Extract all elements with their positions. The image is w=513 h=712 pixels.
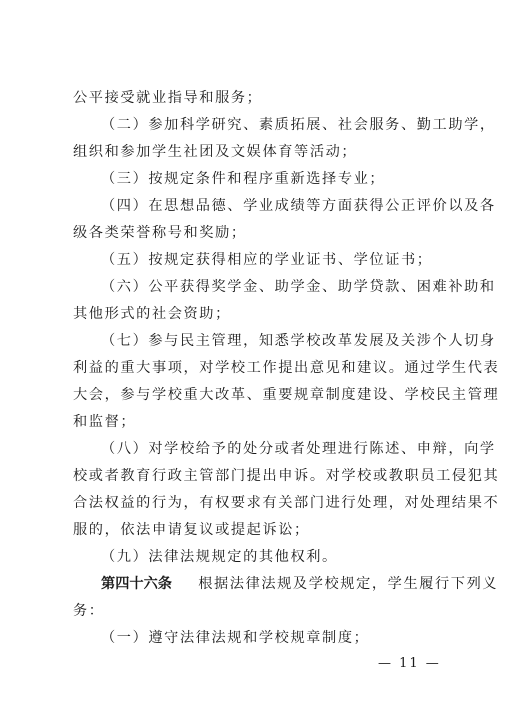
text-line: （一）遵守法律法规和学校规章制度；: [101, 629, 441, 647]
text-line: （七）参与民主管理，知悉学校改革发展及关涉个人切身: [101, 332, 441, 350]
article-heading: 第四十六条: [101, 576, 172, 592]
text-line: 公平接受就业指导和服务；: [73, 89, 441, 107]
text-line: 务：: [73, 602, 441, 620]
text-line: （二）参加科学研究、素质拓展、社会服务、勤工助学，: [101, 116, 441, 134]
text-line: 利益的重大事项，对学校工作提出意见和建议。通过学生代表: [73, 359, 441, 377]
text-line: （五）按规定获得相应的学业证书、学位证书；: [101, 251, 441, 269]
text-line: （九）法律法规规定的其他权利。: [101, 548, 441, 566]
text-line: 组织和参加学生社团及文娱体育等活动；: [73, 143, 441, 161]
text-line: （四）在思想品德、学业成绩等方面获得公正评价以及各: [101, 197, 441, 215]
text-line: （八）对学校给予的处分或者处理进行陈述、申辩，向学: [101, 440, 441, 458]
text-line: 级各类荣誉称号和奖励；: [73, 224, 441, 242]
article-text: 根据法律法规及学校规定，学生履行下列义: [198, 576, 498, 592]
text-line: 其他形式的社会资助；: [73, 305, 441, 323]
text-line: （六）公平获得奖学金、助学金、助学贷款、困难补助和: [101, 278, 441, 296]
text-line: 和监督；: [73, 413, 441, 431]
text-line: 合法权益的行为，有权要求有关部门进行处理，对处理结果不: [73, 494, 441, 512]
text-line: 服的，依法申请复议或提起诉讼；: [73, 521, 441, 539]
text-line: 校或者教育行政主管部门提出申诉。对学校或教职员工侵犯其: [73, 467, 441, 485]
page-number: — 11 —: [378, 656, 441, 671]
article-line: 第四十六条 根据法律法规及学校规定，学生履行下列义: [101, 575, 441, 593]
document-page: 公平接受就业指导和服务； （二）参加科学研究、素质拓展、社会服务、勤工助学， 组…: [0, 0, 513, 712]
text-line: （三）按规定条件和程序重新选择专业；: [101, 170, 441, 188]
text-line: 大会，参与学校重大改革、重要规章制度建设、学校民主管理: [73, 386, 441, 404]
